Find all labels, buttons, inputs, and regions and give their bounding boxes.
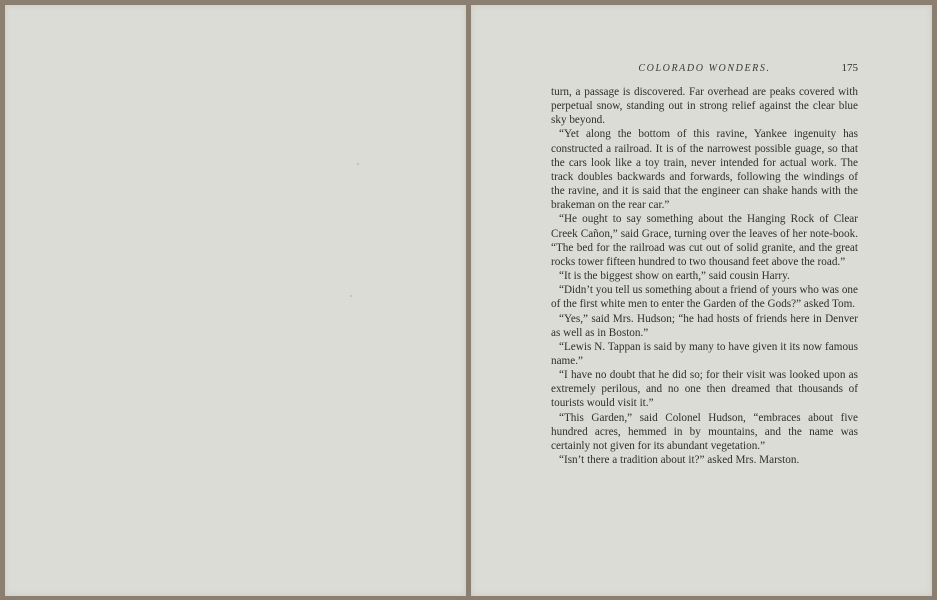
paragraph: “Yet along the bottom of this ravine, Ya… bbox=[551, 127, 858, 212]
paragraph: “This Garden,” said Colonel Hudson, “emb… bbox=[551, 411, 858, 453]
running-header: COLORADO WONDERS. 175 bbox=[551, 61, 858, 77]
paragraph: “I have no doubt that he did so; for the… bbox=[551, 368, 858, 410]
paper-speck bbox=[357, 163, 359, 165]
paragraph: “It is the biggest show on earth,” said … bbox=[551, 269, 858, 283]
paragraph: “Isn’t there a tradition about it?” aske… bbox=[551, 453, 858, 467]
paper-speck bbox=[350, 295, 352, 297]
paragraph: turn, a passage is discovered. Far overh… bbox=[551, 85, 858, 127]
paragraph: “He ought to say something about the Han… bbox=[551, 212, 858, 269]
body-text: turn, a passage is discovered. Far overh… bbox=[551, 85, 858, 467]
paragraph: “Lewis N. Tappan is said by many to have… bbox=[551, 340, 858, 368]
paragraph: “Didn’t you tell us something about a fr… bbox=[551, 283, 858, 311]
paragraph: “Yes,” said Mrs. Hudson; “he had hosts o… bbox=[551, 312, 858, 340]
left-page-blank bbox=[5, 5, 466, 596]
page-number: 175 bbox=[842, 62, 859, 74]
running-head-title: COLORADO WONDERS. bbox=[551, 63, 858, 74]
right-page: COLORADO WONDERS. 175 turn, a passage is… bbox=[471, 5, 932, 596]
